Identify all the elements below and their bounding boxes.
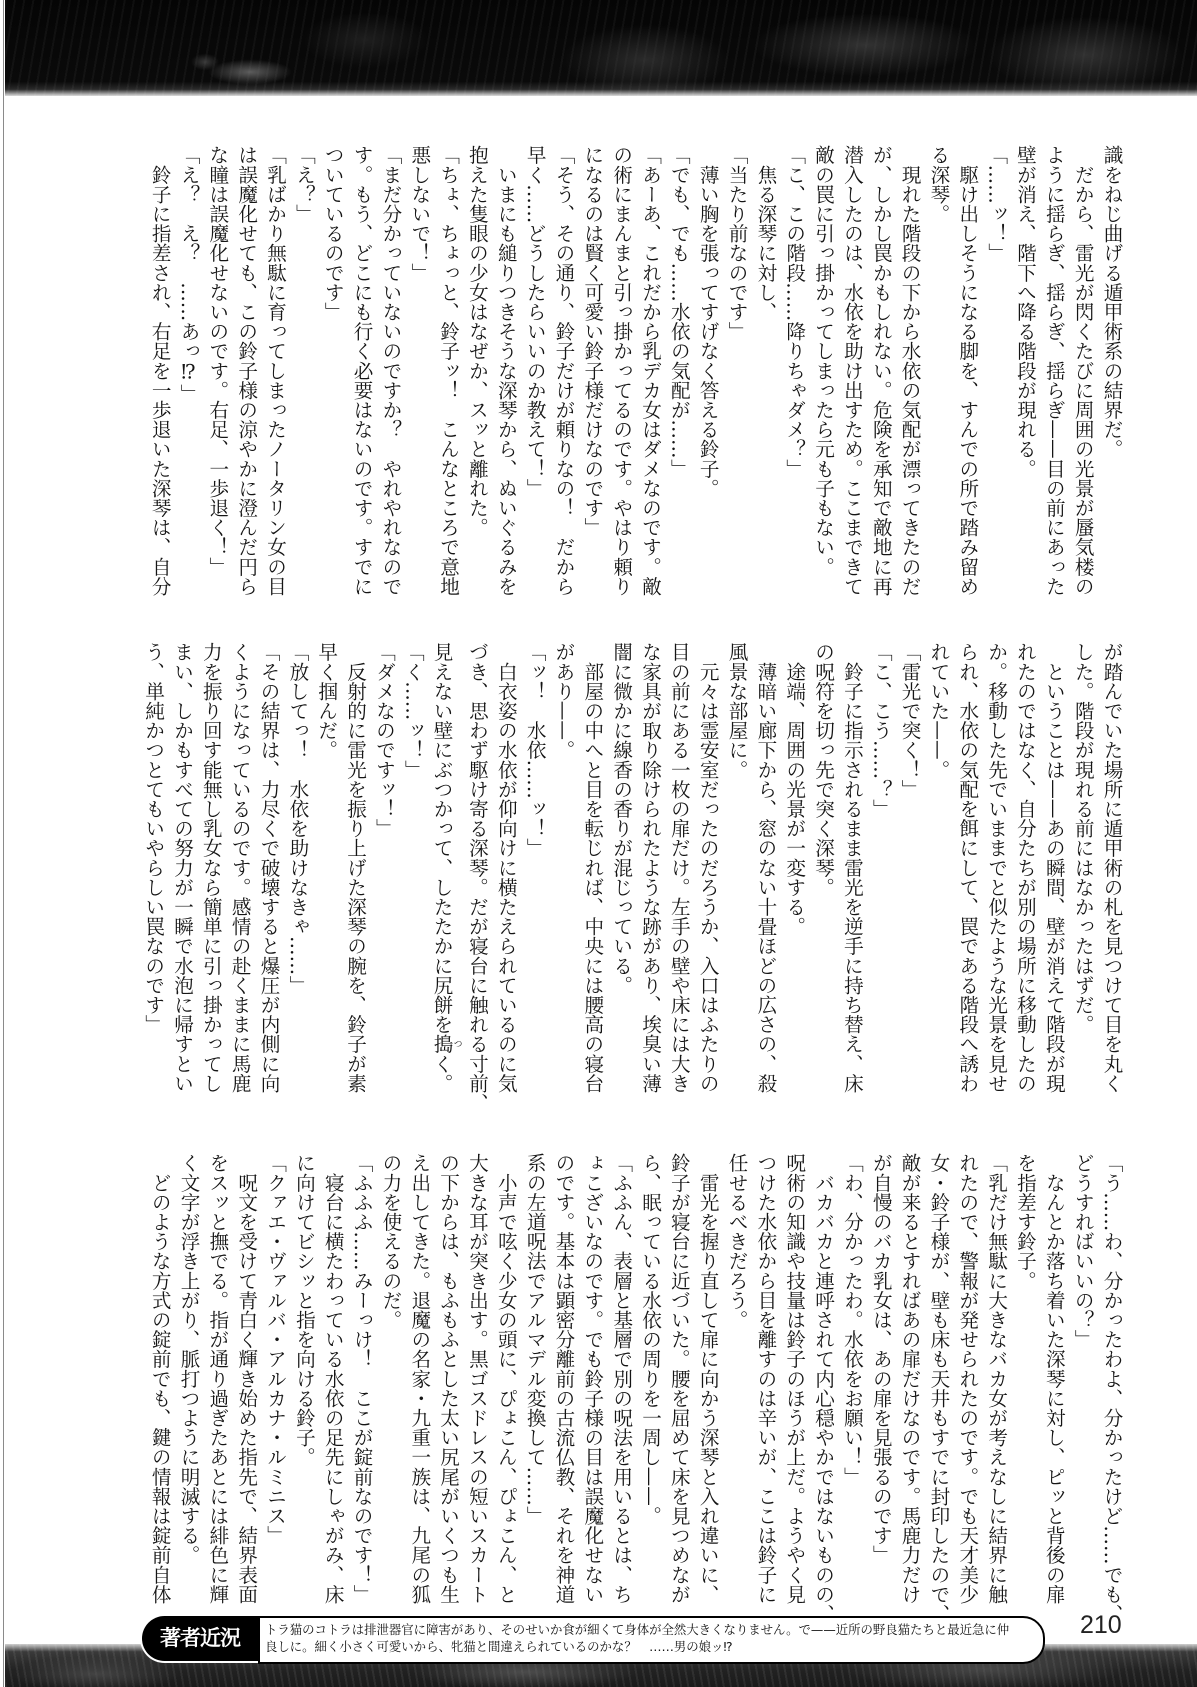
text-line: 潜入したのは、水依を助け出すため。ここまできて [837, 145, 866, 600]
ruby-base: 搗 [430, 1034, 453, 1054]
text-line: 鈴子に指差され、右足を一歩退いた深琴は、自分 [144, 145, 173, 600]
text-line: え出してきた。退魔の名家・九重一族は、九尾の狐 [404, 1153, 433, 1608]
text-line: ょこざいなのです。でも鈴子様の目は誤魔化せない [577, 1153, 606, 1608]
author-notes-label: 著者近況 [142, 1616, 258, 1661]
text-line: が自慢のバカ乳女は、あの扉を見張るのです」 [865, 1153, 894, 1608]
text-line: く文字が浮き上がり、脈打つように明滅する。 [173, 1153, 202, 1608]
text-line: か。移動した先でいままでと似たような光景を見せ [981, 642, 1010, 1097]
text-line: 「……ッ！」 [981, 145, 1010, 600]
text-line: 現れた階段の下から水依の気配が漂ってきたのだ [894, 145, 923, 600]
text-tier-middle: が踏んでいた場所に遁甲術の札を見つけて目を丸く した。階段が現れる前にはなかった… [143, 642, 1125, 1097]
text-line: 呪術の知識や技量は鈴子のほうが上だ。ようやく見 [779, 1153, 808, 1608]
text-line: の呪符を切っ先で突く深琴。 [808, 642, 837, 1097]
page-edge-line [3, 0, 4, 1687]
text-line: 駆け出しそうになる脚を、すんでの所で踏み留め [952, 145, 981, 600]
text-line: 「う……わ、分かったわよ、分かったけど……でも、 [1096, 1153, 1125, 1608]
text-line: 闇に微かに線香の香りが混じっている。 [606, 642, 635, 1097]
text-line: 「ッ！ 水依……ッ！」 [519, 642, 548, 1097]
text-line: 薄い胸を張ってすげなく答える鈴子。 [692, 145, 721, 600]
text-line: バカバカと連呼されて内心穏やかではないものの、 [808, 1153, 837, 1608]
text-segment: 見えない壁にぶつかって、したたかに尻餅を [430, 642, 453, 1034]
text-line: を指差す鈴子。 [1010, 1153, 1039, 1608]
text-line: 反射的に雷光を振り上げた深琴の腕を、鈴子が素 [340, 642, 369, 1097]
author-notes-line: 良しに。細く小さく可愛いから、牝猫と間違えられているのかな？ ……男の娘ッ⁉ [265, 1638, 1043, 1655]
text-line: 「ふふん、表層と基層で別の呪法を用いるとは、ち [606, 1153, 635, 1608]
text-line: 「乳ばかり無駄に育ってしまったノータリン女の目 [260, 145, 289, 600]
text-line: な家具が取り除けられたような跡があり、埃臭い薄 [635, 642, 664, 1097]
text-line: が、しかし罠かもしれない。危険を承知で敵地に再 [865, 145, 894, 600]
text-line: 「わ、分かったわ。水依をお願い！」 [837, 1153, 866, 1608]
header-decorative-band [5, 0, 1197, 96]
text-line: 早く……どうしたらいいのか教えて！」 [519, 145, 548, 600]
text-line: 「こ、この階段……降りちゃダメ？」 [779, 145, 808, 600]
text-line: 雷光を握り直して扉に向かう深琴と入れ違いに、 [692, 1153, 721, 1608]
text-line: 目の前にある一枚の扉だけ。左手の壁や床には大き [664, 642, 693, 1097]
text-line: 元々は霊安室だったのだろうか、入口はふたりの [692, 642, 721, 1097]
text-line: る深琴。 [923, 145, 952, 600]
text-line: に向けてビシッと指を向ける鈴子。 [289, 1153, 318, 1608]
text-line: ということは——あの瞬間、壁が消えて階段が現 [1038, 642, 1067, 1097]
text-line: 敵の罠に引っ掛かってしまったら元も子もない。 [808, 145, 837, 600]
text-line: いまにも縋りつきそうな深琴から、ぬいぐるみを [490, 145, 519, 600]
text-line: つけた水依から目を離すのは辛いが、ここは鈴子に [750, 1153, 779, 1608]
text-line: づき、思わず駆け寄る深琴。だが寝台に触れる寸前、 [462, 642, 491, 1097]
text-line: 大きな耳が突き出す。黒ゴスドレスの短いスカート [462, 1153, 491, 1608]
text-line: のです。基本は顕密分離前の古流仏教、それを神道 [548, 1153, 577, 1608]
text-line: なんとか落ち着いた深琴に対し、ピッと背後の扉 [1038, 1153, 1067, 1608]
text-tier-upper: 識をねじ曲げる遁甲術系の結界だ。 だから、雷光が閃くたびに周囲の光景が蜃気楼の … [143, 145, 1125, 600]
text-line: した。階段が現れる前にはなかったはずだ。 [1067, 642, 1096, 1097]
text-line: 壁が消え、階下へ降る階段が現れる。 [1010, 145, 1039, 600]
ruby-annotation: 搗つ [430, 1034, 453, 1054]
text-line: の下からは、もふもふとした太い尻尾がいくつも生 [433, 1153, 462, 1608]
text-line: す。もう、どこにも行く必要はないのです。すでに [346, 145, 375, 600]
text-line: れたので、警報が発せられたのです。でも天才美少 [952, 1153, 981, 1608]
text-line: くようになっているのです。感情の赴くままに馬鹿 [224, 642, 253, 1097]
text-line: 呪文を受けて青白く輝き始めた指先で、結界表面 [231, 1153, 260, 1608]
text-line: 悪しないで！」 [404, 145, 433, 600]
text-line: 任せるべきだろう。 [721, 1153, 750, 1608]
text-line: 早く掴んだ。 [311, 642, 340, 1097]
text-line: だから、雷光が閃くたびに周囲の光景が蜃気楼の [1067, 145, 1096, 600]
text-tier-lower: 「う……わ、分かったわよ、分かったけど……でも、 どうすればいいの？」 なんとか… [143, 1153, 1125, 1608]
text-line: どのような方式の錠前でも、鍵の情報は錠前自体 [144, 1153, 173, 1608]
text-line: 風景な部屋に。 [721, 642, 750, 1097]
text-line: 「雷光で突く！」 [894, 642, 923, 1097]
text-segment: く。 [430, 1054, 453, 1093]
text-line: う、単純かつとてもいやらしい罠なのです」 [138, 642, 167, 1097]
text-line: 「そう、その通り、鈴子だけが頼りなの！ だから [548, 145, 577, 600]
text-line: 「クァエ・ヴァルバ・アルカナ・ルミニス」 [260, 1153, 289, 1608]
text-line: ら、眠っている水依の周りを一周し——。 [635, 1153, 664, 1608]
text-line: 系の左道呪法でアルマデル変換して……」 [519, 1153, 548, 1608]
text-line: 「ダメなのですッ！」 [369, 642, 398, 1097]
text-line: の術にまんまと引っ掛かってるのです。やはり頼り [606, 145, 635, 600]
page-number: 210 [1080, 1611, 1122, 1640]
text-line: 「その結界は、力尽くで破壊すると爆圧が内側に向 [253, 642, 282, 1097]
text-line: は誤魔化せても、この鈴子様の涼やかに澄んだ円ら [231, 145, 260, 600]
text-line: 「ちょ、ちょっと、鈴子ッ！ こんなところで意地 [433, 145, 462, 600]
text-line: があり——。 [548, 642, 577, 1097]
text-line: 抱えた隻眼の少女はなぜか、スッと離れた。 [462, 145, 491, 600]
text-line: 「当たり前なのです」 [721, 145, 750, 600]
text-line: 部屋の中へと目を転じれば、中央には腰高の寝台 [577, 642, 606, 1097]
text-line: られ、水依の気配を餌にして、罠である階段へ誘わ [952, 642, 981, 1097]
text-line: 白衣姿の水依が仰向けに横たえられているのに気 [490, 642, 519, 1097]
text-line: ように揺らぎ、揺らぎ、揺らぎ——目の前にあった [1038, 145, 1067, 600]
text-line: 鈴子に指示されるまま雷光を逆手に持ち替え、床 [837, 642, 866, 1097]
author-notes-box: トラ猫のコトラは排泄器官に障害があり、そのせいか食が細くて身体が全然大きくなりま… [258, 1616, 1045, 1664]
text-line: 「放してっ！ 水依を助けなきゃ……」 [282, 642, 311, 1097]
text-line: れたのではなく、自分たちが別の場所に移動したの [1010, 642, 1039, 1097]
text-line-with-ruby: 見えない壁にぶつかって、したたかに尻餅を搗つく。 [426, 642, 461, 1097]
text-line: 寝台に横たわっている水依の足先にしゃがみ、床 [317, 1153, 346, 1608]
text-line: 「乳だけ無駄に大きなバカ女が考えなしに結界に触 [981, 1153, 1010, 1608]
author-notes-line: トラ猫のコトラは排泄器官に障害があり、そのせいか食が細くて身体が全然大きくなりま… [265, 1621, 1043, 1638]
text-line: ついているのです」 [317, 145, 346, 600]
text-line: の力を使えるのだ。 [375, 1153, 404, 1608]
text-line: 「ふふふ……みーっけ！ ここが錠前なのです！」 [346, 1153, 375, 1608]
text-line: 敵が来るとすればあの扉だけなのです。馬鹿力だけ [894, 1153, 923, 1608]
text-line: 「でも、でも……水依の気配が……」 [664, 145, 693, 600]
text-line: になるのは賢く可愛い鈴子様だけなのです」 [577, 145, 606, 600]
text-line: 力を振り回す能無し乳女なら簡単に引っ掛かってし [196, 642, 225, 1097]
text-line: れていた——。 [923, 642, 952, 1097]
text-line: まい、しかもすべての努力が一瞬で水泡に帰すとい [167, 642, 196, 1097]
text-line: が踏んでいた場所に遁甲術の札を見つけて目を丸く [1096, 642, 1125, 1097]
text-line: 「え？」 [289, 145, 318, 600]
ruby-reading: つ [452, 1034, 462, 1054]
text-line: 途端、周囲の光景が一変する。 [779, 642, 808, 1097]
text-line: どうすればいいの？」 [1067, 1153, 1096, 1608]
text-line: 小声で呟く少女の頭に、ぴょこん、ぴょこん、と [490, 1153, 519, 1608]
text-line: な瞳は誤魔化せないのです。右足、一歩退く！」 [202, 145, 231, 600]
text-line: 「え？ え？ ……あっ⁉」 [173, 145, 202, 600]
text-line: 女・鈴子様が、壁も床も天井もすでに封印したので、 [923, 1153, 952, 1608]
text-line: 焦る深琴に対し、 [750, 145, 779, 600]
text-line: 薄暗い廊下から、窓のない十畳ほどの広さの、殺 [750, 642, 779, 1097]
text-line: 「こ、こう……？」 [865, 642, 894, 1097]
text-line: をスッと撫でる。指が通り過ぎたあとには緋色に輝 [202, 1153, 231, 1608]
text-line: 「まだ分かっていないのですか？ やれやれなので [375, 145, 404, 600]
text-line: 「あーあ、これだから乳デカ女はダメなのです。敵 [635, 145, 664, 600]
text-line: 識をねじ曲げる遁甲術系の結界だ。 [1096, 145, 1125, 600]
text-line: 「く……ッ！」 [397, 642, 426, 1097]
text-line: 鈴子が寝台に近づいた。腰を屈めて床を見つめなが [664, 1153, 693, 1608]
